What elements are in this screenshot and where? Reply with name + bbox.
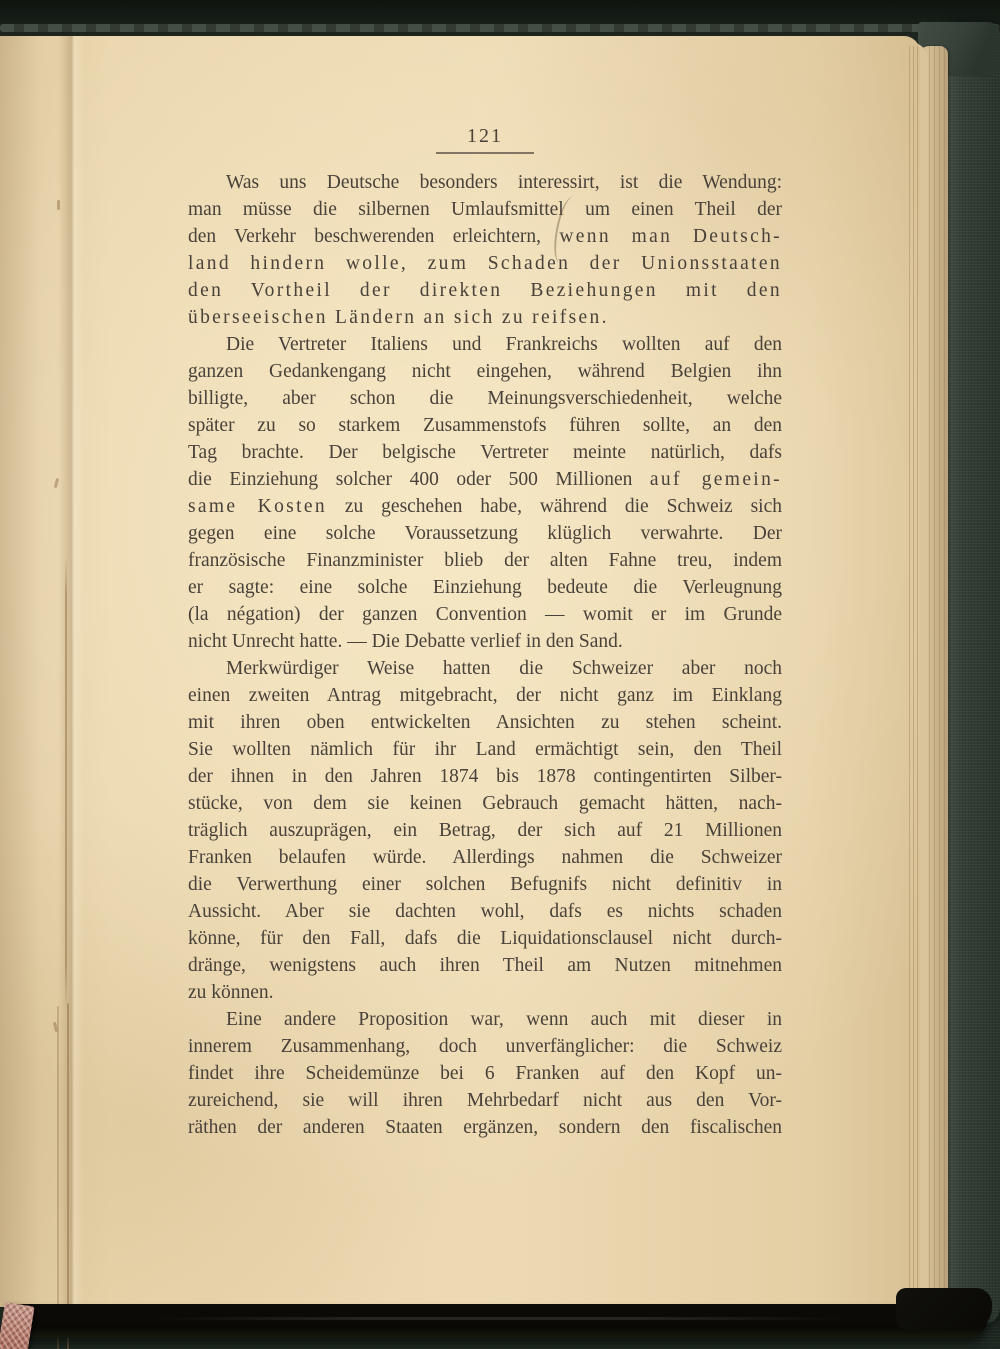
binding-stitch-thread	[65, 558, 67, 1010]
text-line: Sie wollten nämlich für ihr Land ermächt…	[188, 736, 782, 763]
text-line: ganzen Gedankengang nicht eingehen, währ…	[188, 358, 782, 385]
text-line: später zu so starkem Zusammenstofs führe…	[188, 412, 782, 439]
cover-bottom-highlight	[150, 1317, 850, 1320]
text-line: überseeischen Ländern an sich zu reifsen…	[188, 304, 782, 331]
text-line: man müsse die silbernen Umlaufsmittel um…	[188, 196, 782, 223]
book-cover-bottom-edge	[8, 1304, 988, 1338]
text-line: der ihnen in den Jahren 1874 bis 1878 co…	[188, 763, 782, 790]
stitch-mark	[57, 200, 60, 210]
paragraph: Die Vertreter Italiens und Frankreichs w…	[188, 331, 782, 655]
text-line: findet ihre Scheidemünze bei 6 Franken a…	[188, 1060, 782, 1087]
text-line: Eine andere Proposition war, wenn auch m…	[188, 1006, 782, 1033]
text-line: Die Vertreter Italiens und Frankreichs w…	[188, 331, 782, 358]
book-page: 121 Was uns Deutsche besonders interessi…	[0, 36, 920, 1307]
gutter-shadow	[0, 36, 40, 1307]
text-line: land hindern wolle, zum Schaden der Unio…	[188, 250, 782, 277]
text-line: könne, für den Fall, dafs die Liquidatio…	[188, 925, 782, 952]
book-cover-right-board	[944, 22, 1000, 1324]
text-line: billigte, aber schon die Meinungsverschi…	[188, 385, 782, 412]
text-line: (la négation) der ganzen Convention — wo…	[188, 601, 782, 628]
text-line: zureichend, sie will ihren Mehrbedarf ni…	[188, 1087, 782, 1114]
page-edge-lines	[906, 46, 920, 1298]
text-line: zu können.	[188, 979, 782, 1006]
text-line: die Einziehung solcher 400 oder 500 Mill…	[188, 466, 782, 493]
gutter-crease	[58, 36, 84, 1307]
text-line: die Verwerthung einer solchen Befugnifs …	[188, 871, 782, 898]
paragraph: Merkwürdiger Weise hatten die Schweizer …	[188, 655, 782, 1006]
text-line: träglich auszuprägen, ein Betrag, der si…	[188, 817, 782, 844]
text-line: innerem Zusammenhang, doch unverfänglich…	[188, 1033, 782, 1060]
text-line: dränge, wenigstens auch ihren Theil am N…	[188, 952, 782, 979]
text-line: Tag brachte. Der belgische Vertreter mei…	[188, 439, 782, 466]
text-line: den Vortheil der direkten Beziehungen mi…	[188, 277, 782, 304]
text-line: gegen eine solche Voraussetzung klüglich…	[188, 520, 782, 547]
book-headband	[0, 24, 1000, 32]
book-cover-top-edge	[0, 0, 1000, 38]
text-line: stücke, von dem sie keinen Gebrauch gema…	[188, 790, 782, 817]
text-line: räthen der anderen Staaten ergänzen, son…	[188, 1114, 782, 1141]
cover-bottom-right-corner	[896, 1288, 992, 1330]
page-number-rule	[436, 152, 534, 154]
text-line: französische Finanzminister blieb der al…	[188, 547, 782, 574]
text-line: einen zweiten Antrag mitgebracht, der ni…	[188, 682, 782, 709]
text-line: Franken belaufen würde. Allerdings nahme…	[188, 844, 782, 871]
book-scan: 121 Was uns Deutsche besonders interessi…	[0, 0, 1000, 1349]
paragraph: Was uns Deutsche besonders interessirt, …	[188, 169, 782, 331]
text-line: Was uns Deutsche besonders interessirt, …	[188, 169, 782, 196]
text-line: den Verkehr beschwerenden erleichtern, w…	[188, 223, 782, 250]
text-line: er sagte: eine solche Einziehung bedeute…	[188, 574, 782, 601]
paragraph: Eine andere Proposition war, wenn auch m…	[188, 1006, 782, 1141]
page-number-block: 121	[188, 125, 782, 154]
page-number: 121	[188, 125, 782, 148]
text-block: Was uns Deutsche besonders interessirt, …	[188, 169, 782, 1141]
text-line: mit ihren oben entwickelten Ansichten zu…	[188, 709, 782, 736]
text-line: Aussicht. Aber sie dachten wohl, dafs es…	[188, 898, 782, 925]
text-line: Merkwürdiger Weise hatten die Schweizer …	[188, 655, 782, 682]
ribbon-bookmark	[0, 1302, 35, 1349]
text-line: nicht Unrecht hatte. — Die Debatte verli…	[188, 628, 782, 655]
text-line: same Kosten zu geschehen habe, während d…	[188, 493, 782, 520]
